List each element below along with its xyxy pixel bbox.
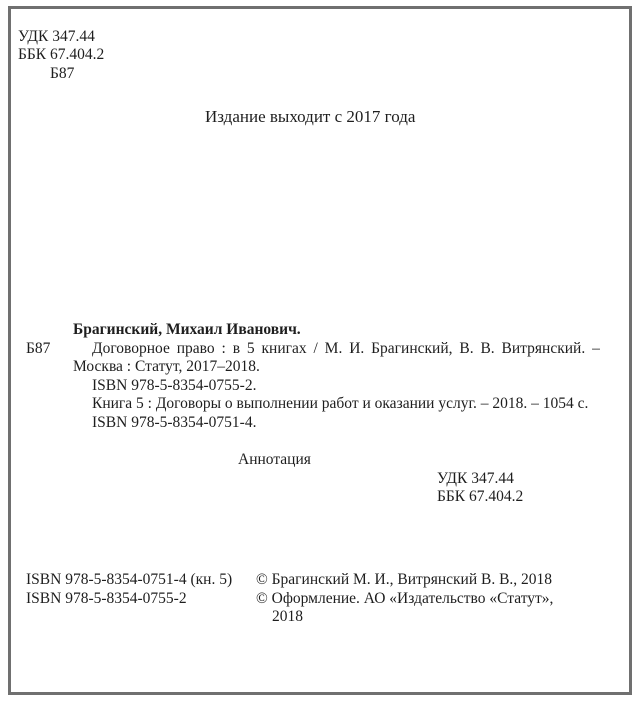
copyright-authors: © Брагинский М. И., Витрянский В. В., 20…: [256, 571, 552, 590]
bbk-code: ББК 67.404.2: [18, 46, 104, 65]
edition-note: Издание выходит с 2017 года: [205, 108, 415, 127]
catalog-author: Брагинский, Михаил Иванович.: [73, 321, 301, 340]
copyright-year: 2018: [272, 608, 303, 627]
copyright-design: © Оформление. АО «Издательство «Статут»,: [256, 590, 553, 609]
catalog-author-mark: Б87: [26, 340, 50, 359]
bottom-udk-code: УДК 347.44: [437, 470, 514, 489]
catalog-isbn-book: ISBN 978-5-8354-0751-4.: [92, 414, 256, 433]
udk-code: УДК 347.44: [18, 28, 95, 47]
annotation-label: Аннотация: [238, 451, 311, 470]
catalog-book-line: Книга 5 : Договоры о выполнении работ и …: [92, 395, 588, 414]
isbn-book: ISBN 978-5-8354-0751-4 (кн. 5): [26, 571, 232, 590]
author-mark: Б87: [50, 65, 74, 84]
isbn-series: ISBN 978-5-8354-0755-2: [26, 590, 187, 609]
catalog-isbn-series: ISBN 978-5-8354-0755-2.: [92, 377, 256, 396]
catalog-title-line-2: Москва : Статут, 2017–2018.: [73, 358, 260, 377]
bottom-bbk-code: ББК 67.404.2: [437, 488, 523, 507]
catalog-title-line-1: Договорное право : в 5 книгах / М. И. Бр…: [92, 340, 600, 359]
